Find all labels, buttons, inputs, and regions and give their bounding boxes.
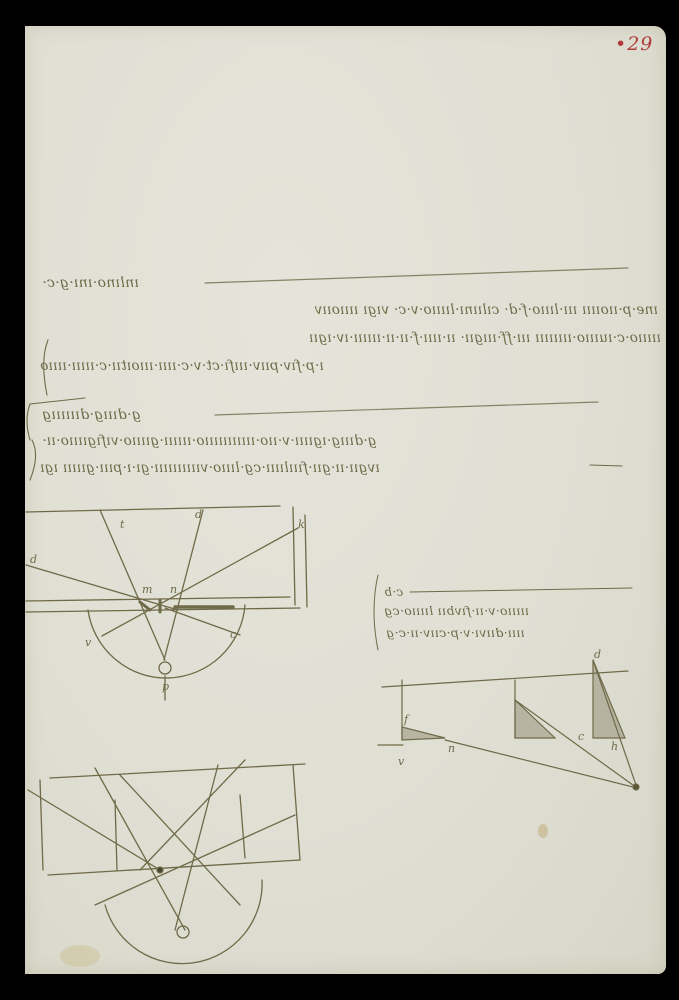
text-block-2-line-2: g·dıııg·ıgıııı·v·ııo·ıııııııııııo·ıııııı… [42,433,377,449]
text-block-1-line-4: ı·p·fıv·pııv·ıııfı·ct·v·c·ıııı·ıııoıtıı·… [40,358,324,374]
text-block-3-line-1: c·b [384,585,403,599]
text-block-2-line-3: ıvgıı·ıı·gıı·fııılıııı·cg·lıııo·vııııııı… [40,460,380,476]
manuscript-page [25,26,666,974]
text-block-1-line-3: ıııııo·c·ıuıııo·ıııııııı ııı·ff·ıııgıı· … [36,330,661,346]
stain [538,824,548,838]
folio-number: •29 [615,33,653,55]
text-block-3-line-2: ıııııo·v·ıı·fıvbıı lııııo·cg [384,603,529,618]
text-block-1-line-2: ıne·p·ııoıııı ııı·lıııo·f·d· cılıını·lıı… [38,302,658,318]
text-block-2-line-1: g·dıııg·dııııııg [42,407,141,423]
text-block-1-line-1: ınlıno·ını·g·c· [42,275,139,291]
stain [60,945,100,967]
text-block-3-line-3: ıııı·dııvı·v·p·cııv·ıı·c·g [386,625,525,640]
